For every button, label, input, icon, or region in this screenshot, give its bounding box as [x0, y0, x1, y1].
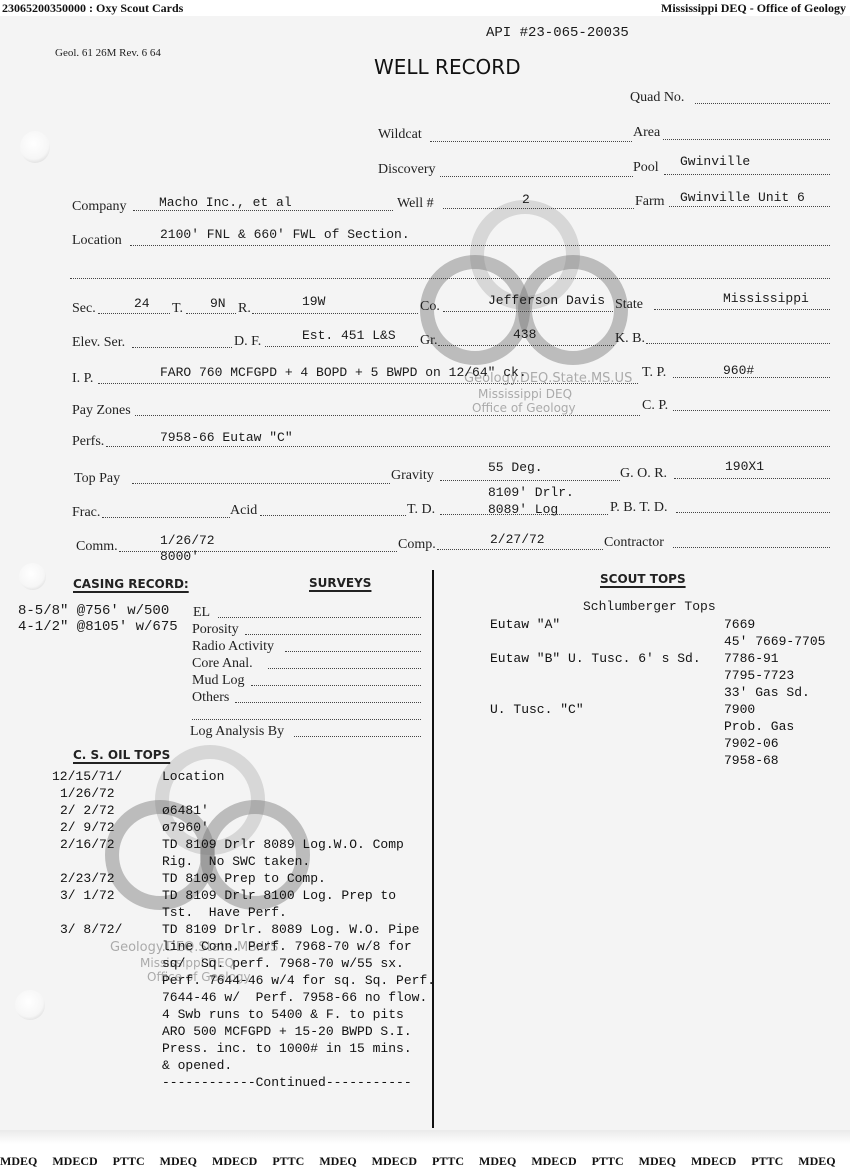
list-item: & opened. — [52, 1057, 435, 1074]
value-gor: 190X1 — [725, 459, 764, 474]
value-comm-depth: 8000' — [160, 549, 199, 564]
label-well-no: Well # — [397, 196, 434, 212]
label-location: Location — [72, 233, 122, 249]
value-comp: 2/27/72 — [490, 532, 545, 547]
watermark-text: Office of Geology — [472, 401, 576, 415]
list-item: Rig. No SWC taken. — [52, 853, 435, 870]
survey-item-others: Others — [192, 690, 229, 706]
label-gor: G. O. R. — [620, 466, 667, 482]
punch-hole — [19, 563, 46, 590]
list-item: sq/ Sq. perf. 7968-70 w/55 sx. — [52, 955, 435, 972]
header-bar: 23065200350000 : Oxy Scout Cards Mississ… — [0, 0, 850, 16]
label-co: Co. — [420, 299, 440, 315]
list-item: 2/16/72TD 8109 Drlr 8089 Log.W.O. Comp — [52, 836, 435, 853]
api-number: API #23-065-20035 — [486, 25, 629, 41]
label-contractor: Contractor — [604, 535, 664, 551]
list-item: 2/ 9/72ø7960' — [52, 819, 435, 836]
label-gr: Gr. — [420, 333, 438, 349]
casing-line: 8-5/8" @756' w/500 — [18, 603, 169, 619]
value-gravity: 55 Deg. — [488, 460, 543, 475]
label-gravity: Gravity — [391, 468, 434, 484]
punch-hole — [20, 131, 50, 163]
document-id: 23065200350000 : Oxy Scout Cards — [2, 0, 183, 16]
value-tp: 960# — [723, 363, 754, 378]
value-comm: 1/26/72 — [160, 533, 215, 548]
label-area: Area — [633, 125, 660, 141]
list-item: Press. inc. to 1000# in 15 mins. — [52, 1040, 435, 1057]
label-cp: C. P. — [642, 398, 668, 414]
label-quad-no: Quad No. — [630, 90, 684, 106]
label-comp: Comp. — [398, 537, 436, 553]
list-item: 4 Swb runs to 5400 & F. to pits — [52, 1006, 435, 1023]
scout-tops-heading: SCOUT TOPS — [600, 572, 686, 586]
label-discovery: Discovery — [378, 162, 436, 178]
value-df: Est. 451 L&S — [302, 328, 396, 343]
survey-item-log-analysis-by: Log Analysis By — [190, 724, 284, 740]
value-pool: Gwinville — [680, 154, 750, 169]
form-id: Geol. 61 26M Rev. 6 64 — [55, 47, 161, 59]
list-item: Prob. Gas — [490, 718, 825, 735]
value-well-no: 2 — [522, 192, 530, 207]
list-item: Eutaw "A"7669 — [490, 616, 825, 633]
list-item: 3/ 1/72TD 8109 Drlr 8100 Log. Prep to — [52, 887, 435, 904]
list-item: 7795-7723 — [490, 667, 825, 684]
value-td-drlr: 8109' Drlr. — [488, 485, 574, 500]
watermark-logo-icon — [518, 255, 628, 365]
label-ip: I. P. — [72, 371, 93, 387]
label-company: Company — [72, 199, 126, 215]
cs-oil-tops-heading: C. S. OIL TOPS — [73, 748, 170, 762]
list-item: 45' 7669-7705 — [490, 633, 825, 650]
value-farm: Gwinville Unit 6 — [680, 190, 805, 205]
value-t: 9N — [210, 296, 226, 311]
label-state: State — [615, 297, 643, 313]
label-acid: Acid — [230, 503, 257, 519]
value-r: 19W — [302, 294, 325, 309]
punch-hole — [15, 990, 45, 1020]
value-sec: 24 — [134, 296, 150, 311]
survey-item-radio-activity: Radio Activity — [192, 639, 274, 655]
list-item: 2/ 2/72ø6481' — [52, 802, 435, 819]
value-company: Macho Inc., et al — [159, 195, 292, 210]
scout-tops-subheading: Schlumberger Tops — [583, 599, 716, 614]
casing-record-heading: CASING RECORD: — [73, 577, 189, 591]
label-top-pay: Top Pay — [74, 471, 120, 487]
list-item: 3/ 8/72/TD 8109 Drlr. 8089 Log. W.O. Pip… — [52, 921, 435, 938]
list-item: 7644-46 w/ Perf. 7958-66 no flow. — [52, 989, 435, 1006]
list-item: 7958-68 — [490, 752, 825, 769]
list-item: 7902-06 — [490, 735, 825, 752]
value-perfs: 7958-66 Eutaw "C" — [160, 430, 293, 445]
label-pay-zones: Pay Zones — [72, 403, 131, 419]
list-item: Tst. Have Perf. — [52, 904, 435, 921]
list-item: line Conn. Perf. 7968-70 w/8 for — [52, 938, 435, 955]
label-td: T. D. — [407, 502, 435, 518]
survey-item-porosity: Porosity — [192, 622, 239, 638]
label-pool: Pool — [633, 160, 659, 176]
footer-bar: MDEQ MDECD PTTC MDEQ MDECD PTTC MDEQ MDE… — [0, 1151, 850, 1171]
list-item: 33' Gas Sd. — [490, 684, 825, 701]
label-sec: Sec. — [72, 301, 96, 317]
survey-item-el: EL — [193, 605, 210, 621]
value-ip: FARO 760 MCFGPD + 4 BOPD + 5 BWPD on 12/… — [160, 365, 527, 380]
label-elev-ser: Elev. Ser. — [72, 335, 125, 351]
label-tp: T. P. — [642, 365, 666, 381]
page-title: WELL RECORD — [374, 55, 521, 79]
label-pbtd: P. B. T. D. — [610, 500, 667, 516]
value-td-log: 8089' Log — [488, 502, 558, 517]
label-perfs: Perfs. — [72, 434, 104, 450]
label-t: T. — [172, 301, 183, 317]
value-county: Jefferson Davis — [488, 293, 605, 308]
value-location: 2100' FNL & 660' FWL of Section. — [160, 227, 410, 242]
list-item: 1/26/72 — [52, 785, 435, 802]
list-item: ------------Continued----------- — [52, 1074, 435, 1091]
value-gr: 438 — [513, 327, 536, 342]
label-comm: Comm. — [76, 539, 118, 555]
label-farm: Farm — [635, 194, 665, 210]
label-df: D. F. — [234, 334, 261, 350]
list-item: U. Tusc. "C"7900 — [490, 701, 825, 718]
label-r: R. — [238, 301, 251, 317]
agency-name: Mississippi DEQ - Office of Geology — [661, 0, 846, 16]
label-wildcat: Wildcat — [378, 127, 422, 143]
scout-tops-list: Eutaw "A"7669 45' 7669-7705 Eutaw "B" U.… — [490, 616, 825, 769]
surveys-heading: SURVEYS — [309, 576, 371, 590]
label-kb: K. B. — [615, 331, 645, 347]
value-state: Mississippi — [723, 291, 809, 306]
label-frac: Frac. — [72, 505, 100, 521]
footer-text: MDEQ MDECD PTTC MDEQ MDECD PTTC MDEQ MDE… — [0, 1154, 850, 1168]
list-item: ARO 500 MCFGPD + 15-20 BWPD S.I. — [52, 1023, 435, 1040]
survey-item-core-anal: Core Anal. — [192, 656, 253, 672]
list-item: Perf. 7644-46 w/4 for sq. Sq. Perf. — [52, 972, 435, 989]
survey-item-mud-log: Mud Log — [192, 673, 245, 689]
casing-line: 4-1/2" @8105' w/675 — [18, 619, 178, 635]
watermark-text: Mississippi DEQ — [478, 387, 572, 401]
list-item: 2/23/72TD 8109 Prep to Comp. — [52, 870, 435, 887]
list-item: 12/15/71/Location — [52, 768, 435, 785]
cs-oil-tops-list: 12/15/71/Location 1/26/72 2/ 2/72ø6481' … — [52, 768, 435, 1091]
list-item: Eutaw "B" U. Tusc. 6' s Sd.7786-91 — [490, 650, 825, 667]
